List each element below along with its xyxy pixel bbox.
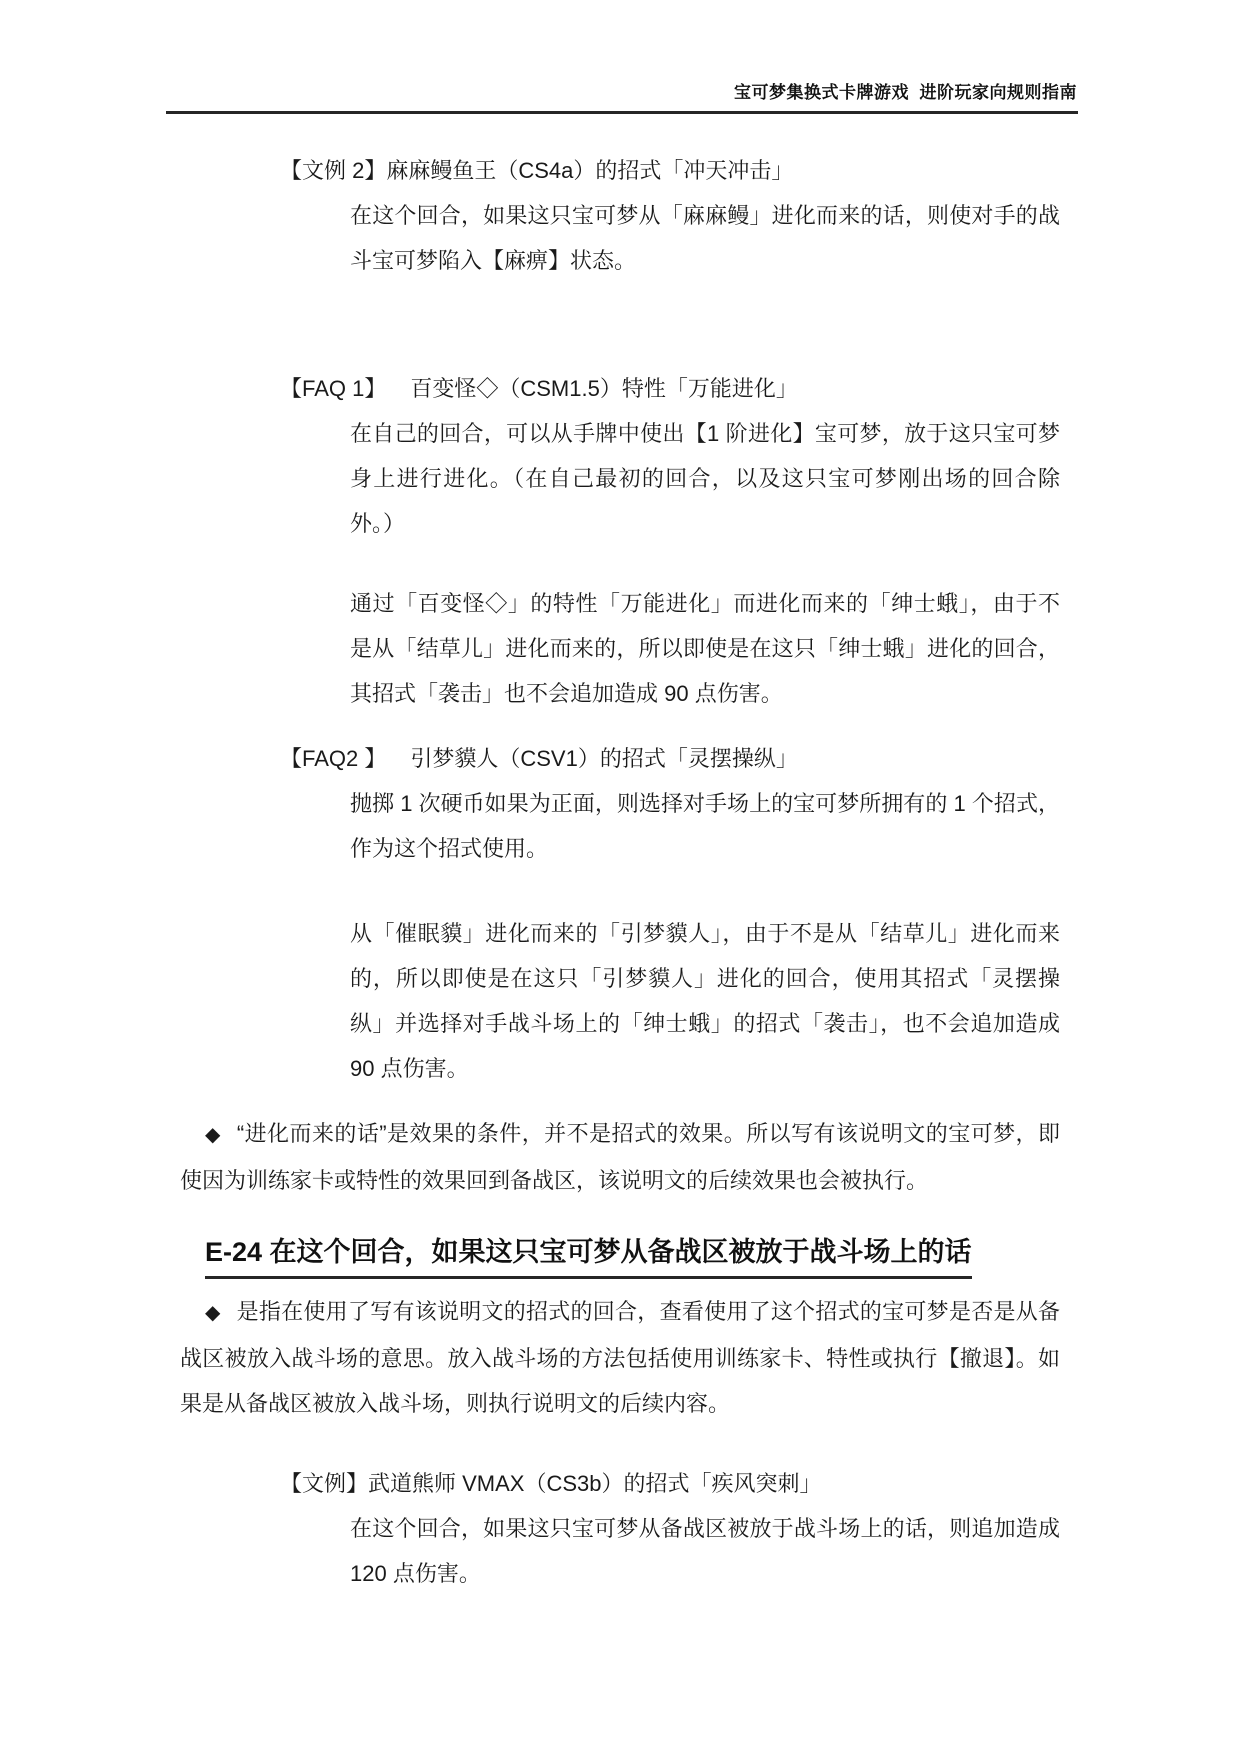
example-lead: 【文例】武道熊师 VMAX（CS3b）的招式「疾风突刺」: [280, 1461, 1060, 1506]
example-2-text: 在这个回合，如果这只宝可梦从「麻麻鳗」进化而来的话，则使对手的战斗宝可梦陷入【麻…: [350, 193, 1060, 283]
faq-2-answer-text: 从「催眠貘」进化而来的「引梦貘人」，由于不是从「结草儿」进化而来的，所以即使是在…: [350, 911, 1060, 1091]
faq-2-title: 引梦貘人（CSV1）的招式「灵摆操纵」: [410, 746, 797, 771]
example-title: 武道熊师 VMAX（CS3b）的招式「疾风突刺」: [368, 1471, 822, 1496]
example-2-lead: 【文例 2】麻麻鳗鱼王（CS4a）的招式「冲天冲击」: [280, 148, 1060, 193]
faq-1-label: 【FAQ 1】: [280, 376, 386, 401]
faq-1-ability-text: 在自己的回合，可以从手牌中使出【1 阶进化】宝可梦，放于这只宝可梦身上进行进化。…: [350, 411, 1060, 546]
example-2-title: 麻麻鳗鱼王（CS4a）的招式「冲天冲击」: [386, 158, 793, 183]
faq-1-title: 百变怪◇（CSM1.5）特性「万能进化」: [410, 376, 797, 401]
header-title: 宝可梦集换式卡牌游戏 进阶玩家向规则指南: [0, 78, 1077, 103]
section-heading-e24: E-24 在这个回合，如果这只宝可梦从备战区被放于战斗场上的话: [205, 1233, 1060, 1279]
note-evolution-condition-text: “进化而来的话”是效果的条件，并不是招式的效果。所以写有该说明文的宝可梦，即使因…: [180, 1121, 1060, 1193]
faq-1-block: 【FAQ 1】百变怪◇（CSM1.5）特性「万能进化」 在自己的回合，可以从手牌…: [180, 366, 1060, 716]
note-e24-explanation: ◆是指在使用了写有该说明文的招式的回合，查看使用了这个招式的宝可梦是否是从备战区…: [180, 1289, 1060, 1426]
header-divider: [166, 111, 1078, 114]
example-label: 【文例】: [280, 1471, 368, 1496]
faq-2-move-text: 抛掷 1 次硬币如果为正面，则选择对手场上的宝可梦所拥有的 1 个招式，作为这个…: [350, 781, 1060, 871]
note-e24-explanation-text: 是指在使用了写有该说明文的招式的回合，查看使用了这个招式的宝可梦是否是从备战区被…: [180, 1299, 1060, 1416]
faq-2-label: 【FAQ2 】: [280, 746, 386, 771]
diamond-bullet-icon: ◆: [205, 1124, 221, 1146]
faq-2-block: 【FAQ2 】引梦貘人（CSV1）的招式「灵摆操纵」 抛掷 1 次硬币如果为正面…: [180, 736, 1060, 1091]
example-2-label: 【文例 2】: [280, 158, 386, 183]
note-evolution-condition: ◆“进化而来的话”是效果的条件，并不是招式的效果。所以写有该说明文的宝可梦，即使…: [180, 1111, 1060, 1203]
example-text: 在这个回合，如果这只宝可梦从备战区被放于战斗场上的话，则追加造成 120 点伤害…: [350, 1506, 1060, 1596]
page-content: 【文例 2】麻麻鳗鱼王（CS4a）的招式「冲天冲击」 在这个回合，如果这只宝可梦…: [0, 148, 1241, 1596]
section-heading-e24-text: E-24 在这个回合，如果这只宝可梦从备战区被放于战斗场上的话: [205, 1233, 972, 1279]
document-page: 宝可梦集换式卡牌游戏 进阶玩家向规则指南 【文例 2】麻麻鳗鱼王（CS4a）的招…: [0, 0, 1241, 1755]
example-2-block: 【文例 2】麻麻鳗鱼王（CS4a）的招式「冲天冲击」 在这个回合，如果这只宝可梦…: [180, 148, 1060, 283]
faq-1-lead: 【FAQ 1】百变怪◇（CSM1.5）特性「万能进化」: [280, 366, 1060, 411]
page-header: 宝可梦集换式卡牌游戏 进阶玩家向规则指南: [0, 0, 1241, 114]
faq-2-lead: 【FAQ2 】引梦貘人（CSV1）的招式「灵摆操纵」: [280, 736, 1060, 781]
example-block: 【文例】武道熊师 VMAX（CS3b）的招式「疾风突刺」 在这个回合，如果这只宝…: [180, 1461, 1060, 1596]
diamond-bullet-icon: ◆: [205, 1302, 221, 1324]
faq-1-answer-text: 通过「百变怪◇」的特性「万能进化」而进化而来的「绅士蛾」，由于不是从「结草儿」进…: [350, 581, 1060, 716]
